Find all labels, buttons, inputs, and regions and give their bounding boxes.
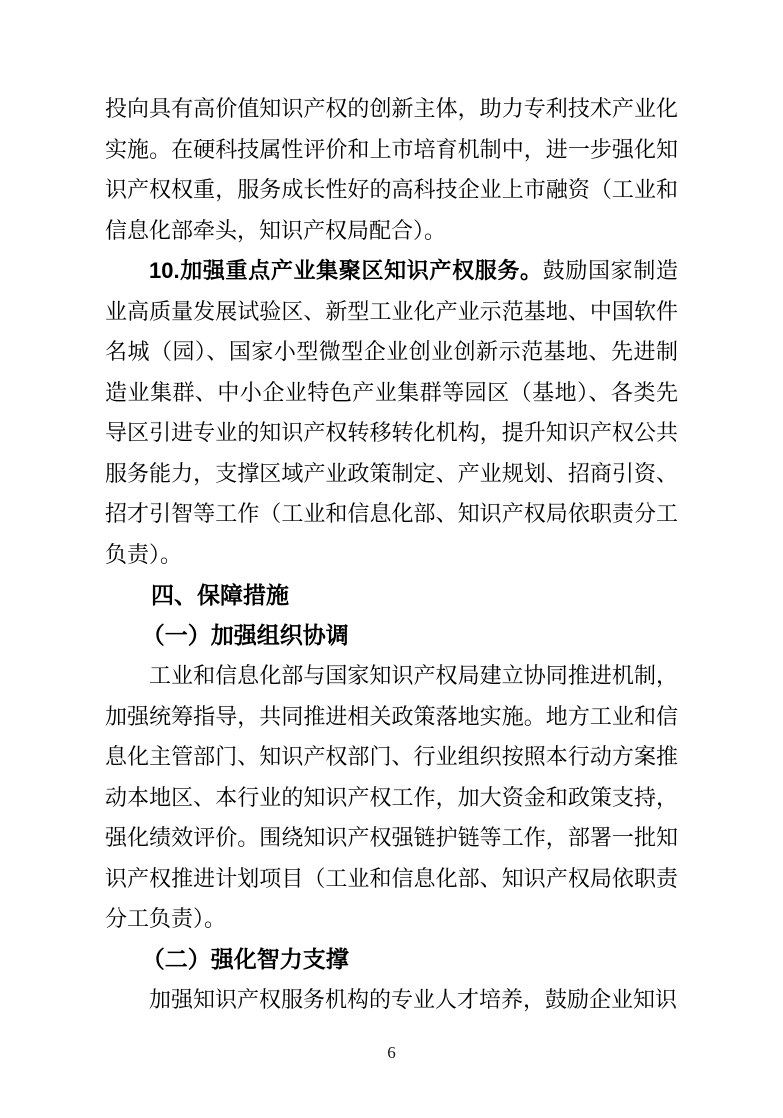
subsection-heading-1: （一）加强组织协调 (105, 616, 678, 657)
paragraph: 加强知识产权服务机构的专业人才培养，鼓励企业知识 (105, 980, 678, 1021)
paragraph: 工业和信息化部与国家知识产权局建立协同推进机制，加强统筹指导，共同推进相关政策落… (105, 656, 678, 940)
paragraph-continuation: 投向具有高价值知识产权的创新主体，助力专利技术产业化实施。在硬科技属性评价和上市… (105, 89, 678, 251)
document-page: 投向具有高价值知识产权的创新主体，助力专利技术产业化实施。在硬科技属性评价和上市… (0, 0, 783, 1118)
subsection-heading-2: （二）强化智力支撑 (105, 940, 678, 981)
numbered-paragraph-text: 鼓励国家制造业高质量发展试验区、新型工业化产业示范基地、中国软件名城（园）、国家… (105, 258, 678, 567)
numbered-paragraph: 10.加强重点产业集聚区知识产权服务。鼓励国家制造业高质量发展试验区、新型工业化… (105, 251, 678, 575)
numbered-paragraph-lead: 10.加强重点产业集聚区知识产权服务。 (149, 258, 543, 283)
document-body: 投向具有高价值知识产权的创新主体，助力专利技术产业化实施。在硬科技属性评价和上市… (105, 89, 678, 1021)
page-number: 6 (0, 1042, 783, 1064)
section-heading: 四、保障措施 (105, 575, 678, 616)
